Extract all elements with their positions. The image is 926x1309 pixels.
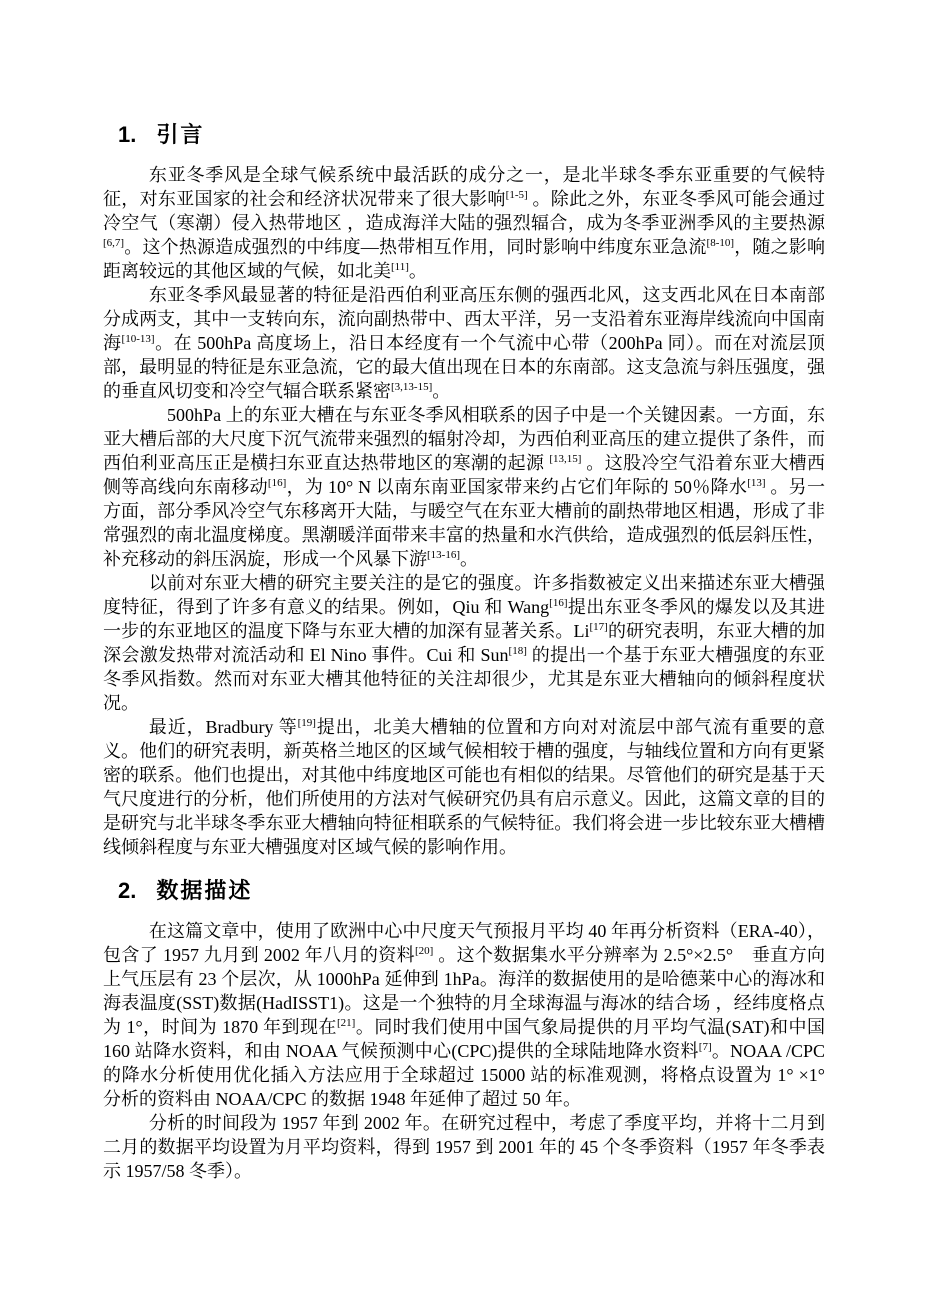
paragraph: 在这篇文章中，使用了欧洲中心中尺度天气预报月平均 40 年再分析资料（ERA-4… bbox=[103, 919, 825, 1111]
document-page: 1.引言东亚冬季风是全球气候系统中最活跃的成分之一，是北半球冬季东亚重要的气候特… bbox=[0, 0, 926, 1309]
section-title: 数据描述 bbox=[156, 878, 252, 903]
reference-superscript: [3,13-15] bbox=[391, 381, 432, 393]
paragraph: 东亚冬季风是全球气候系统中最活跃的成分之一，是北半球冬季东亚重要的气候特征，对东… bbox=[103, 163, 825, 283]
reference-superscript: [16] bbox=[549, 597, 567, 609]
paragraph: 东亚冬季风最显著的特征是沿西伯利亚高压东侧的强西北风，这支西北风在日本南部分成两… bbox=[103, 283, 825, 403]
reference-superscript: [16] bbox=[268, 477, 286, 489]
reference-superscript: [10-13] bbox=[122, 333, 155, 345]
reference-superscript: [11] bbox=[391, 261, 409, 273]
paragraph: 500hPa 上的东亚大槽在与东亚冬季风相联系的因子中是一个关键因素。一方面，东… bbox=[103, 403, 825, 571]
reference-superscript: [13,15] bbox=[549, 453, 581, 465]
reference-superscript: [1-5] bbox=[506, 189, 528, 201]
reference-superscript: [17] bbox=[590, 621, 608, 633]
reference-superscript: [18] bbox=[509, 645, 527, 657]
paragraph: 以前对东亚大槽的研究主要关注的是它的强度。许多指数被定义出来描述东亚大槽强度特征… bbox=[103, 571, 825, 715]
reference-superscript: [19] bbox=[298, 717, 316, 729]
section-number: 2. bbox=[118, 877, 136, 905]
reference-superscript: [13] bbox=[747, 477, 765, 489]
reference-superscript: [7] bbox=[699, 1041, 712, 1053]
paragraph: 最近，Bradbury 等[19]提出，北美大槽轴的位置和方向对对流层中部气流有… bbox=[103, 715, 825, 859]
document-content: 1.引言东亚冬季风是全球气候系统中最活跃的成分之一，是北半球冬季东亚重要的气候特… bbox=[103, 121, 825, 1183]
reference-superscript: [21] bbox=[337, 1017, 355, 1029]
section-heading: 2.数据描述 bbox=[118, 877, 825, 905]
reference-superscript: [13-16] bbox=[427, 549, 460, 561]
reference-superscript: [20] bbox=[415, 945, 433, 957]
section-number: 1. bbox=[118, 121, 136, 149]
paragraph: 分析的时间段为 1957 年到 2002 年。在研究过程中，考虑了季度平均，并将… bbox=[103, 1111, 825, 1183]
section-heading: 1.引言 bbox=[118, 121, 825, 149]
reference-superscript: [6,7] bbox=[103, 237, 124, 249]
reference-superscript: [8-10] bbox=[707, 237, 735, 249]
section-title: 引言 bbox=[156, 122, 204, 147]
